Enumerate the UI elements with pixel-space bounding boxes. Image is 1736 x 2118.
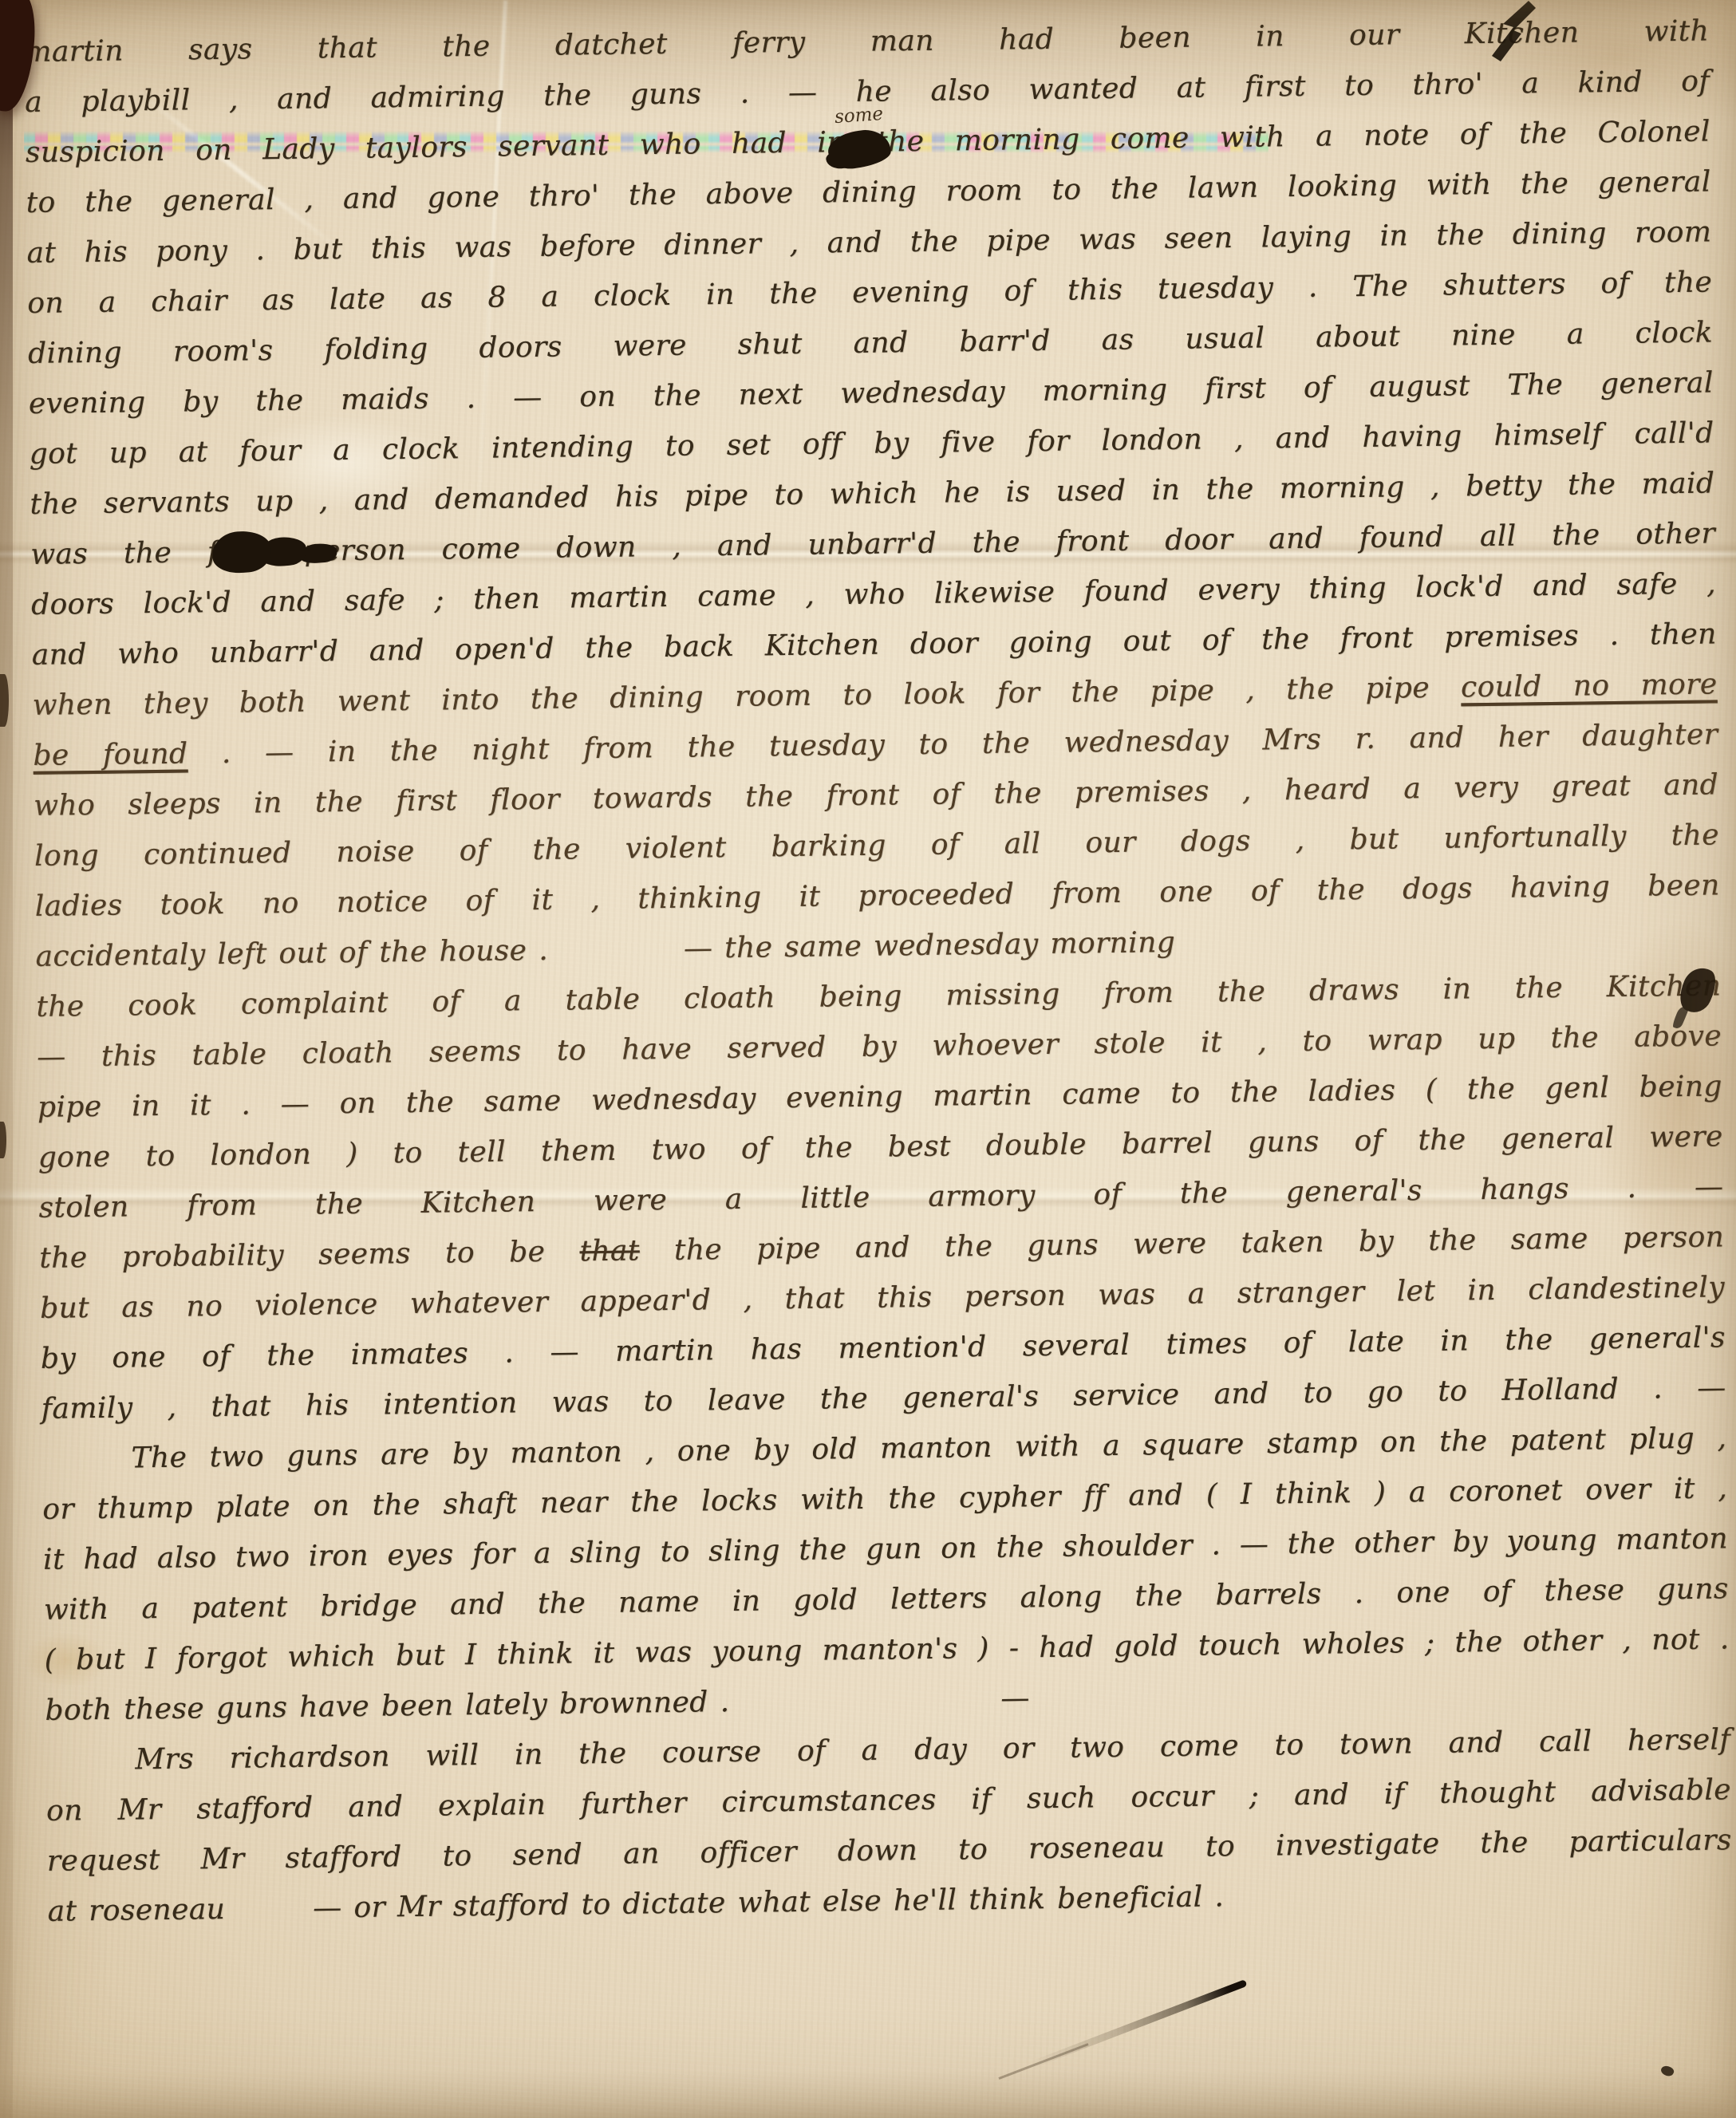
ink-arrow-flourish <box>1478 0 1540 65</box>
line-34-dash: — <box>1000 1673 1030 1723</box>
scan-edge-notch-1 <box>0 674 9 727</box>
line-14-underlined: could no more <box>1461 668 1718 704</box>
interlinear-insertion: some <box>834 104 884 128</box>
scan-edge-left <box>0 0 13 2118</box>
line-25-text: the probability seems to be <box>39 1235 580 1275</box>
line-34-gap <box>730 1708 1001 1711</box>
line-15-underlined: be found <box>33 737 187 771</box>
line-19-gap <box>548 958 684 960</box>
line-38-gap <box>225 1918 313 1919</box>
scan-edge-notch-2 <box>0 1122 6 1158</box>
line-38-text: at roseneau <box>47 1884 225 1937</box>
line-34-text: both these guns have been lately brownne… <box>45 1677 730 1736</box>
manuscript-letter-page: martin says that the datchet ferry man h… <box>0 0 1736 2118</box>
line-38-text-after-gap: — or Mr stafford to dictate what else he… <box>313 1871 1225 1933</box>
line-25-text-after: the pipe and the guns were taken by the … <box>639 1221 1724 1267</box>
line-19-text: accidentaly left out of the house . <box>35 925 548 982</box>
line-25-struck-word: that <box>579 1234 640 1268</box>
paper-bottom-shading <box>0 2070 1736 2118</box>
line-14-text: when they both went into the dining room… <box>32 671 1461 721</box>
line-19-text-after-gap: — the same wednesday morning <box>684 917 1176 974</box>
letter-body: martin says that the datchet ferry man h… <box>24 6 1733 1936</box>
